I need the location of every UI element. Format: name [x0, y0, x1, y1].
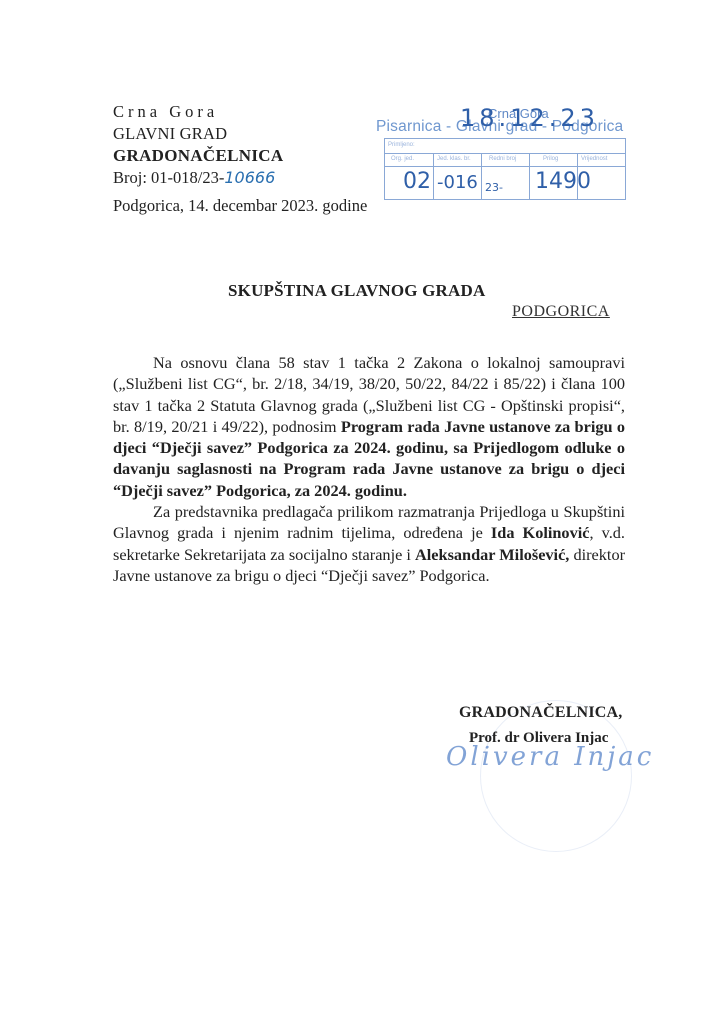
representative-name: Ida Kolinović [491, 523, 590, 542]
stamp-col-header: Jed. klas. br. [437, 156, 471, 162]
stamp-col-header: Org. jed. [391, 156, 414, 162]
paragraph-submission: Na osnovu člana 58 stav 1 tačka 2 Zakona… [113, 352, 625, 501]
stamp-divider [481, 154, 482, 199]
official-seal [480, 700, 632, 852]
stamp-grid: Primljeno: Org. jed. Jed. klas. br. Redn… [384, 138, 626, 200]
stamp-divider [433, 154, 434, 199]
letterhead-city: GLAVNI GRAD [113, 123, 283, 145]
stamp-attachment: 1490 [535, 169, 591, 194]
letterhead-office: GRADONAČELNICA [113, 145, 283, 167]
document-page: Crna Gora GLAVNI GRAD GRADONAČELNICA Bro… [0, 0, 724, 1024]
reference-label: Broj: 01-018/23- [113, 168, 224, 187]
letter-date: Podgorica, 14. decembar 2023. godine [113, 196, 367, 216]
stamp-org-unit: 02 [403, 169, 431, 194]
paragraph-representatives: Za predstavnika predlagača prilikom razm… [113, 501, 625, 586]
stamp-class-no: -016 [437, 172, 478, 193]
stamp-col-header: Prilog [543, 156, 558, 162]
letterhead: Crna Gora GLAVNI GRAD GRADONAČELNICA Bro… [113, 101, 283, 189]
stamp-received-date: 18.12.23 [460, 104, 599, 132]
registry-stamp: Crna Gora Pisarnica - Glavni grad - Podg… [380, 106, 628, 198]
reference-handwritten: 10666 [224, 168, 275, 187]
letter-body: Na osnovu člana 58 stav 1 tačka 2 Zakona… [113, 352, 625, 586]
signature-title: GRADONAČELNICA, [459, 704, 622, 722]
stamp-ordinal: 23- [485, 181, 503, 194]
addressee-title: SKUPŠTINA GLAVNOG GRADA [228, 281, 485, 301]
handwritten-signature: Olivera Injac [446, 742, 654, 772]
stamp-received-label: Primljeno: [388, 142, 415, 148]
representative-name: Aleksandar Milošević, [415, 545, 569, 564]
letterhead-country: Crna Gora [113, 101, 283, 123]
stamp-col-header: Redni broj [489, 156, 516, 162]
stamp-received-row: Primljeno: [385, 139, 625, 154]
addressee-city: PODGORICA [512, 303, 610, 321]
stamp-divider [529, 154, 530, 199]
stamp-col-header: Vrijednost [581, 156, 607, 162]
reference-number: Broj: 01-018/23-10666 [113, 167, 283, 189]
